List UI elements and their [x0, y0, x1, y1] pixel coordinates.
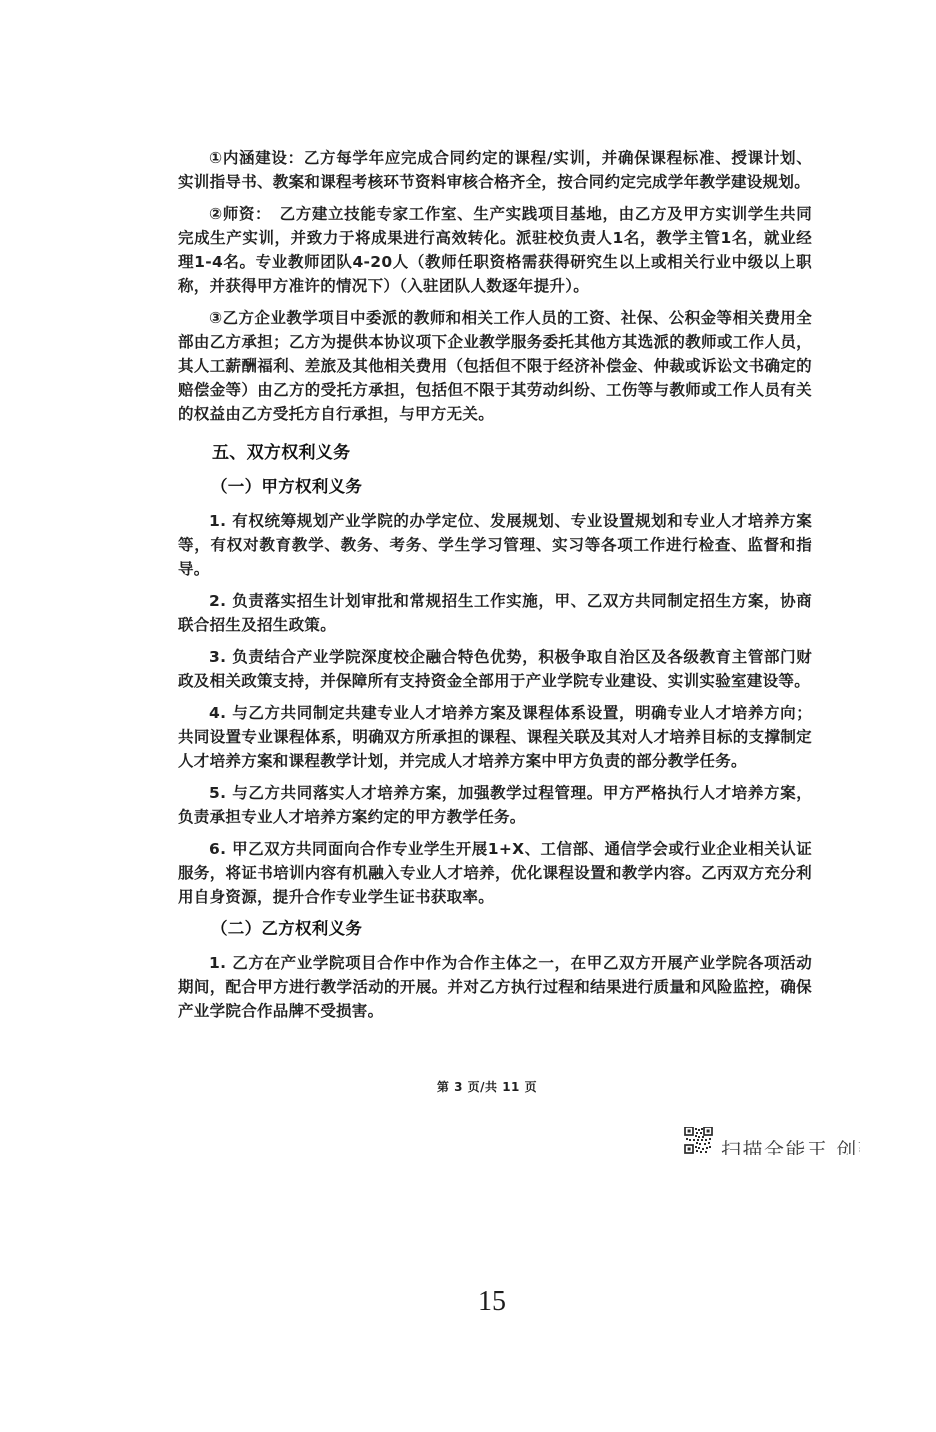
doc-paragraph-party-a-4: 4. 与乙方共同制定共建专业人才培养方案及课程体系设置，明确专业人才培养方向；共… [178, 701, 812, 773]
doc-paragraph-costs: ③乙方企业教学项目中委派的教师和相关工作人员的工资、社保、公积金等相关费用全部由… [178, 306, 812, 426]
section-heading-rights-obligations: 五、双方权利义务 [178, 441, 812, 465]
outer-page-number: 15 [0, 1286, 936, 1318]
watermark-label: 扫描全能王 创建 [721, 1138, 860, 1155]
doc-paragraph-party-a-6: 6. 甲乙双方共同面向合作专业学生开展1+X、工信部、通信学会或行业企业相关认证… [178, 837, 812, 909]
document-body: ①内涵建设：乙方每学年应完成合同约定的课程/实训，并确保课程标准、授课计划、实训… [178, 146, 812, 1031]
page-indicator: 第 3 页/共 11 页 [0, 1078, 936, 1095]
doc-paragraph-party-a-3: 3. 负责结合产业学院深度校企融合特色优势，积极争取自治区及各级教育主管部门财政… [178, 645, 812, 693]
subsection-heading-party-a: （一）甲方权利义务 [178, 475, 812, 499]
doc-paragraph-faculty: ②师资： 乙方建立技能专家工作室、生产实践项目基地，由乙方及甲方实训学生共同完成… [178, 202, 812, 298]
scanned-document-page: ①内涵建设：乙方每学年应完成合同约定的课程/实训，并确保课程标准、授课计划、实训… [0, 0, 936, 1432]
doc-paragraph-party-b-1: 1. 乙方在产业学院项目合作中作为合作主体之一，在甲乙双方开展产业学院各项活动期… [178, 951, 812, 1023]
doc-paragraph-connotation: ①内涵建设：乙方每学年应完成合同约定的课程/实训，并确保课程标准、授课计划、实训… [178, 146, 812, 194]
doc-paragraph-party-a-1: 1. 有权统筹规划产业学院的办学定位、发展规划、专业设置规划和专业人才培养方案等… [178, 509, 812, 581]
camscanner-watermark: 扫描全能王 创建 [684, 1124, 860, 1155]
subsection-heading-party-b: （二）乙方权利义务 [178, 917, 812, 941]
qr-code-icon [684, 1127, 713, 1154]
doc-paragraph-party-a-2: 2. 负责落实招生计划审批和常规招生工作实施，甲、乙双方共同制定招生方案，协商联… [178, 589, 812, 637]
doc-paragraph-party-a-5: 5. 与乙方共同落实人才培养方案，加强教学过程管理。甲方严格执行人才培养方案，负… [178, 781, 812, 829]
